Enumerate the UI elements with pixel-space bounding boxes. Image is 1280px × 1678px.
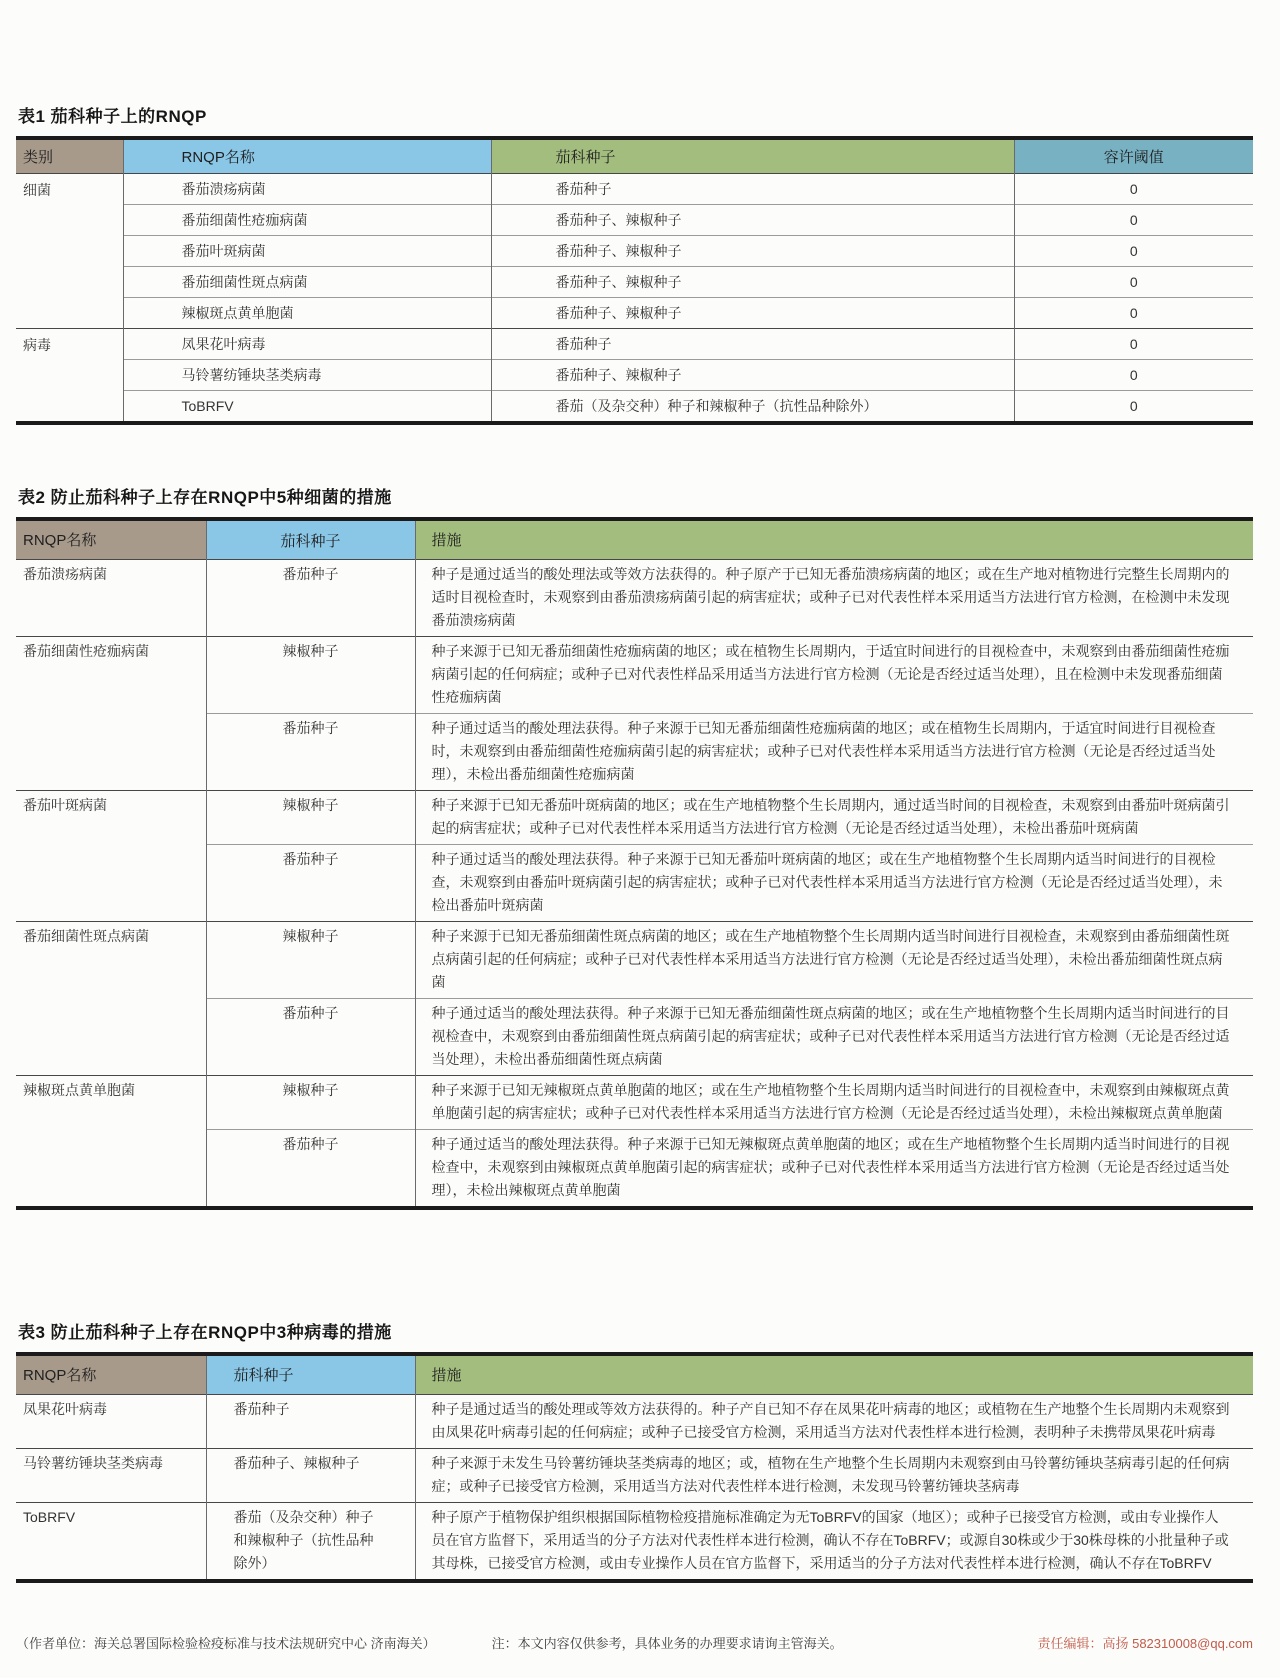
- seeds-cell: 番茄种子、辣椒种子: [491, 205, 1014, 236]
- seed-cell: 番茄种子: [206, 1395, 415, 1449]
- seed-cell: 番茄种子: [206, 560, 415, 637]
- author-unit-text: （作者单位：海关总署国际检验检疫标准与技术法规研究中心 济南海关）: [16, 1633, 436, 1652]
- measure-cell: 种子通过适当的酸处理法获得。种子来源于已知无辣椒斑点黄单胞菌的地区；或在生产地植…: [415, 1130, 1253, 1209]
- seed-cell: 辣椒种子: [206, 922, 415, 999]
- rnqp-name-cell: 凤果花叶病毒: [16, 1395, 206, 1449]
- table-row: 马铃薯纺锤块茎类病毒 番茄种子、辣椒种子 0: [16, 360, 1253, 391]
- table2-bacteria-measures: RNQP名称 茄科种子 措施 番茄溃疡病菌 番茄种子 种子是通过适当的酸处理法或…: [16, 517, 1253, 1210]
- measure-cell: 种子来源于已知无番茄细菌性斑点病菌的地区；或在生产地植物整个生长周期内适当时间进…: [415, 922, 1253, 999]
- table1-header-rnqp-name: RNQP名称: [123, 138, 491, 174]
- seed-cell: 番茄种子: [206, 845, 415, 922]
- seed-cell: 番茄种子: [206, 714, 415, 791]
- rnqp-name-cell: 马铃薯纺锤块茎类病毒: [16, 1449, 206, 1503]
- table-row: 番茄叶斑病菌 辣椒种子 种子来源于已知无番茄叶斑病菌的地区；或在生产地植物整个生…: [16, 791, 1253, 845]
- seeds-cell: 番茄种子、辣椒种子: [491, 267, 1014, 298]
- table2-header-measure: 措施: [415, 519, 1253, 560]
- rnqp-name-cell: 番茄细菌性疮痂病菌: [16, 637, 206, 791]
- seeds-cell: 番茄种子、辣椒种子: [491, 360, 1014, 391]
- measure-cell: 种子来源于未发生马铃薯纺锤块茎类病毒的地区；或，植物在生产地整个生长周期内未观察…: [415, 1449, 1253, 1503]
- measure-cell: 种子是通过适当的酸处理或等效方法获得的。种子产自已知不存在凤果花叶病毒的地区；或…: [415, 1395, 1253, 1449]
- table-row: 凤果花叶病毒 番茄种子 种子是通过适当的酸处理或等效方法获得的。种子产自已知不存…: [16, 1395, 1253, 1449]
- table3-header-measure: 措施: [415, 1354, 1253, 1395]
- seed-cell: 番茄种子: [206, 1130, 415, 1209]
- rnqp-name-cell: 辣椒斑点黄单胞菌: [16, 1076, 206, 1209]
- rnqp-name-cell: 番茄叶斑病菌: [123, 236, 491, 267]
- seed-cell: 番茄种子: [206, 999, 415, 1076]
- rnqp-name-cell: 辣椒斑点黄单胞菌: [123, 298, 491, 329]
- table2-header-rnqp-name: RNQP名称: [16, 519, 206, 560]
- category-cell: 病毒: [16, 329, 123, 424]
- measure-cell: 种子来源于已知无辣椒斑点黄单胞菌的地区；或在生产地植物整个生长周期内适当时间进行…: [415, 1076, 1253, 1130]
- rnqp-name-cell: 番茄细菌性斑点病菌: [16, 922, 206, 1076]
- table1-header-category: 类别: [16, 138, 123, 174]
- table-row: 细菌 番茄溃疡病菌 番茄种子 0: [16, 174, 1253, 205]
- seeds-cell: 番茄种子、辣椒种子: [491, 236, 1014, 267]
- measure-cell: 种子通过适当的酸处理法获得。种子来源于已知无番茄细菌性疮痂病菌的地区；或在植物生…: [415, 714, 1253, 791]
- measure-cell: 种子来源于已知无番茄叶斑病菌的地区；或在生产地植物整个生长周期内，通过适当时间的…: [415, 791, 1253, 845]
- table-row: 番茄溃疡病菌 番茄种子 种子是通过适当的酸处理法或等效方法获得的。种子原产于已知…: [16, 560, 1253, 637]
- threshold-cell: 0: [1014, 329, 1253, 360]
- rnqp-name-cell: 番茄叶斑病菌: [16, 791, 206, 922]
- threshold-cell: 0: [1014, 267, 1253, 298]
- table-row: 辣椒斑点黄单胞菌 番茄种子、辣椒种子 0: [16, 298, 1253, 329]
- table-row: 番茄细菌性疮痂病菌 辣椒种子 种子来源于已知无番茄细菌性疮痂病菌的地区；或在植物…: [16, 637, 1253, 714]
- seed-cell: 辣椒种子: [206, 791, 415, 845]
- seeds-cell: 番茄种子: [491, 174, 1014, 205]
- table3-virus-measures: RNQP名称 茄科种子 措施 凤果花叶病毒 番茄种子 种子是通过适当的酸处理或等…: [16, 1352, 1253, 1583]
- table1-title: 表1 茄科种子上的RNQP: [18, 102, 1253, 127]
- seed-cell: 番茄种子、辣椒种子: [206, 1449, 415, 1503]
- threshold-cell: 0: [1014, 391, 1253, 424]
- measure-cell: 种子原产于植物保护组织根据国际植物检疫措施标准确定为无ToBRFV的国家（地区）…: [415, 1503, 1253, 1582]
- page-footer: （作者单位：海关总署国际检验检疫标准与技术法规研究中心 济南海关） 注：本文内容…: [16, 1633, 1253, 1652]
- table3-header: RNQP名称 茄科种子 措施: [16, 1354, 1253, 1395]
- editor-contact-text: 责任编辑：高扬 582310008@qq.com: [1037, 1633, 1253, 1652]
- seeds-cell: 番茄种子、辣椒种子: [491, 298, 1014, 329]
- seed-cell: 辣椒种子: [206, 637, 415, 714]
- category-cell: 细菌: [16, 174, 123, 329]
- table1-header-seeds: 茄科种子: [491, 138, 1014, 174]
- threshold-cell: 0: [1014, 298, 1253, 329]
- rnqp-name-cell: 番茄细菌性疮痂病菌: [123, 205, 491, 236]
- table-row: 病毒 凤果花叶病毒 番茄种子 0: [16, 329, 1253, 360]
- rnqp-name-cell: 凤果花叶病毒: [123, 329, 491, 360]
- rnqp-name-cell: 番茄溃疡病菌: [16, 560, 206, 637]
- article-page: 表1 茄科种子上的RNQP 类别 RNQP名称 茄科种子 容许阈值 细菌 番茄溃…: [0, 0, 1280, 1678]
- table2-title: 表2 防止茄科种子上存在RNQP中5种细菌的措施: [18, 483, 1253, 508]
- seeds-cell: 番茄种子: [491, 329, 1014, 360]
- seed-cell: 辣椒种子: [206, 1076, 415, 1130]
- measure-cell: 种子通过适当的酸处理法获得。种子来源于已知无番茄细菌性斑点病菌的地区；或在生产地…: [415, 999, 1253, 1076]
- measure-cell: 种子是通过适当的酸处理法或等效方法获得的。种子原产于已知无番茄溃疡病菌的地区；或…: [415, 560, 1253, 637]
- table3-title: 表3 防止茄科种子上存在RNQP中3种病毒的措施: [18, 1318, 1253, 1343]
- rnqp-name-cell: ToBRFV: [16, 1503, 206, 1582]
- table1-rnqp-list: 类别 RNQP名称 茄科种子 容许阈值 细菌 番茄溃疡病菌 番茄种子 0 番茄细…: [16, 136, 1253, 425]
- seed-cell: 番茄（及杂交种）种子和辣椒种子（抗性品种除外）: [206, 1503, 415, 1582]
- rnqp-name-cell: ToBRFV: [123, 391, 491, 424]
- measure-cell: 种子通过适当的酸处理法获得。种子来源于已知无番茄叶斑病菌的地区；或在生产地植物整…: [415, 845, 1253, 922]
- table-row: ToBRFV 番茄（及杂交种）种子和辣椒种子（抗性品种除外） 种子原产于植物保护…: [16, 1503, 1253, 1582]
- table-row: ToBRFV 番茄（及杂交种）种子和辣椒种子（抗性品种除外） 0: [16, 391, 1253, 424]
- table-row: 番茄细菌性疮痂病菌 番茄种子、辣椒种子 0: [16, 205, 1253, 236]
- threshold-cell: 0: [1014, 236, 1253, 267]
- table2-header: RNQP名称 茄科种子 措施: [16, 519, 1253, 560]
- table2-header-seeds: 茄科种子: [206, 519, 415, 560]
- table-row: 番茄叶斑病菌 番茄种子、辣椒种子 0: [16, 236, 1253, 267]
- rnqp-name-cell: 番茄溃疡病菌: [123, 174, 491, 205]
- table1-header: 类别 RNQP名称 茄科种子 容许阈值: [16, 138, 1253, 174]
- threshold-cell: 0: [1014, 360, 1253, 391]
- table3-header-seeds: 茄科种子: [206, 1354, 415, 1395]
- rnqp-name-cell: 番茄细菌性斑点病菌: [123, 267, 491, 298]
- table-row: 辣椒斑点黄单胞菌 辣椒种子 种子来源于已知无辣椒斑点黄单胞菌的地区；或在生产地植…: [16, 1076, 1253, 1130]
- disclaimer-note-text: 注：本文内容仅供参考，具体业务的办理要求请询主管海关。: [492, 1633, 843, 1652]
- seeds-cell: 番茄（及杂交种）种子和辣椒种子（抗性品种除外）: [491, 391, 1014, 424]
- table3-header-rnqp-name: RNQP名称: [16, 1354, 206, 1395]
- table-row: 马铃薯纺锤块茎类病毒 番茄种子、辣椒种子 种子来源于未发生马铃薯纺锤块茎类病毒的…: [16, 1449, 1253, 1503]
- threshold-cell: 0: [1014, 205, 1253, 236]
- measure-cell: 种子来源于已知无番茄细菌性疮痂病菌的地区；或在植物生长周期内，于适宜时间进行的目…: [415, 637, 1253, 714]
- table1-header-threshold: 容许阈值: [1014, 138, 1253, 174]
- table-row: 番茄细菌性斑点病菌 番茄种子、辣椒种子 0: [16, 267, 1253, 298]
- threshold-cell: 0: [1014, 174, 1253, 205]
- rnqp-name-cell: 马铃薯纺锤块茎类病毒: [123, 360, 491, 391]
- table-row: 番茄细菌性斑点病菌 辣椒种子 种子来源于已知无番茄细菌性斑点病菌的地区；或在生产…: [16, 922, 1253, 999]
